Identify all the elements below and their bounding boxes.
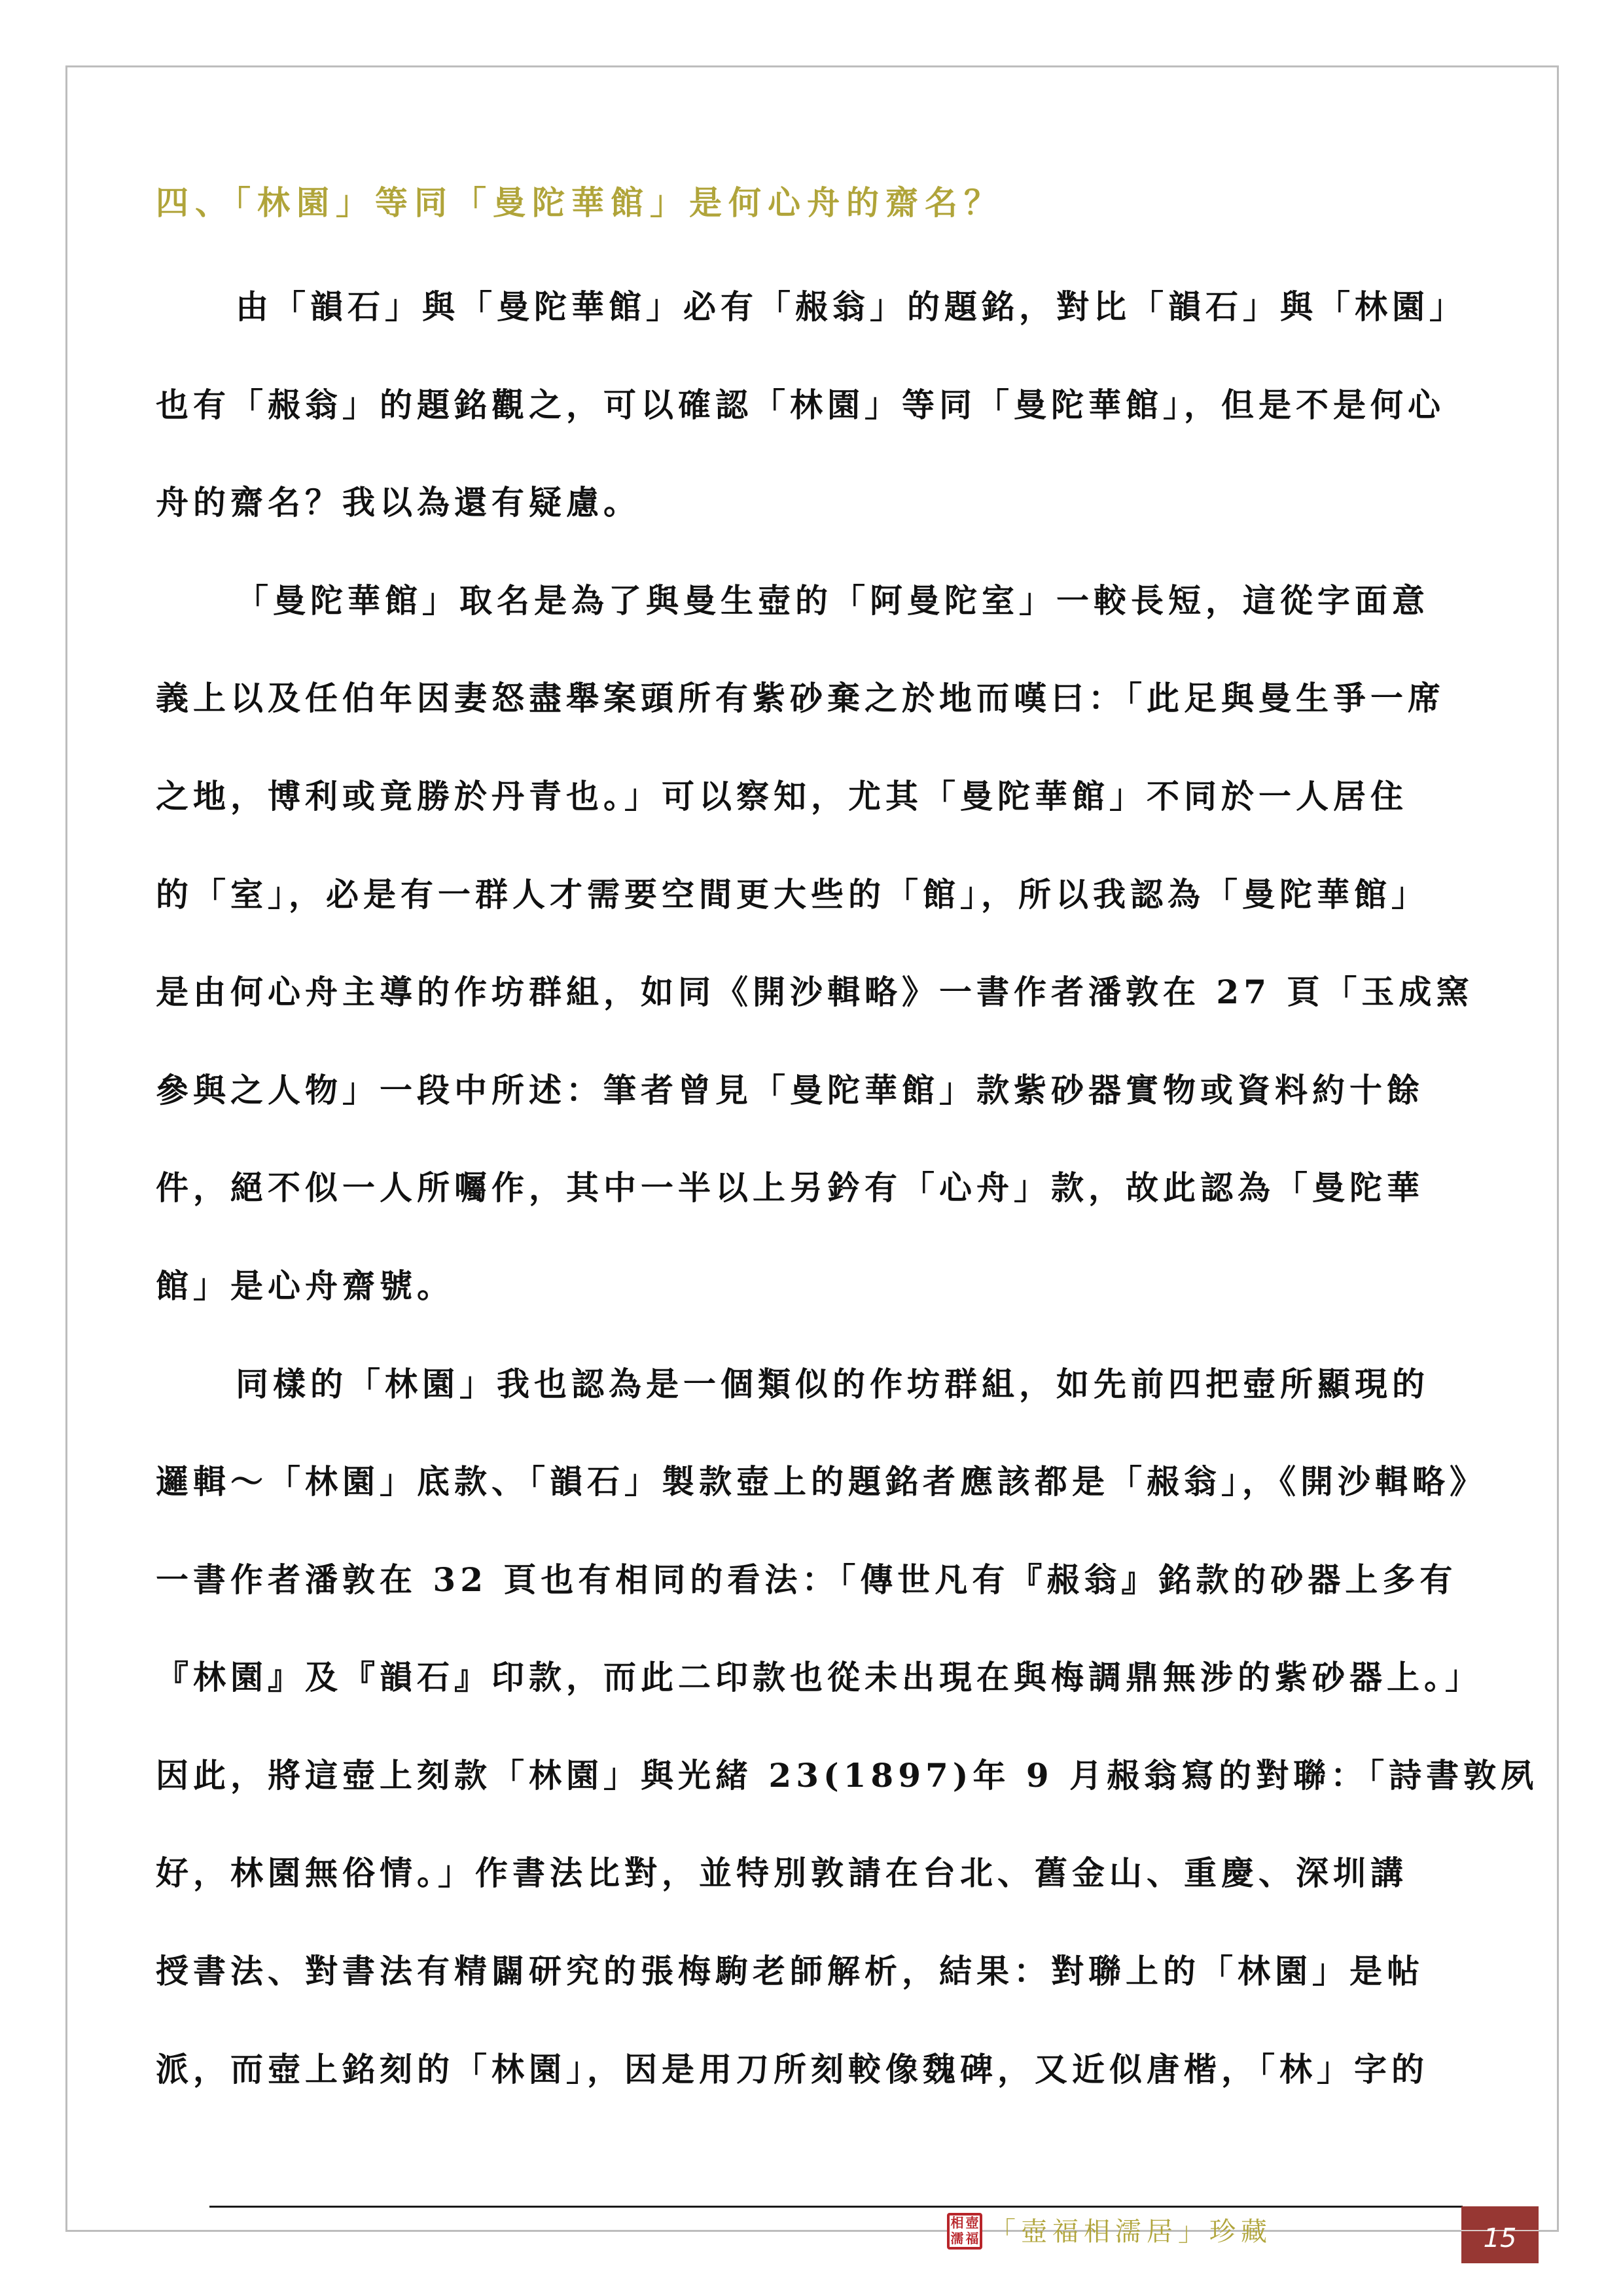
seal-char: 壺 [965,2215,980,2231]
body-line: 也有「赧翁」的題銘觀之，可以確認「林園」等同「曼陀華館」，但是不是何心 [156,384,1445,426]
body-line: 因此，將這壺上刻款「林園」與光緒 23(1897)年 9 月赧翁寫的對聯：「詩書… [156,1755,1538,1797]
body-line: 好，林園無俗情。」作書法比對，並特別敦請在台北、舊金山、重慶、深圳講 [156,1852,1408,1894]
body-line: 參與之人物」一段中所述：筆者曾見「曼陀華館」款紫砂器實物或資料約十餘 [156,1069,1424,1111]
body-line: 同樣的「林園」我也認為是一個類似的作坊群組，如先前四把壺所顯現的 [236,1363,1429,1405]
seal-char: 福 [965,2231,980,2247]
seal-char: 相 [950,2215,965,2231]
body-line: 館」是心舟齋號。 [156,1265,454,1307]
body-line: 「曼陀華館」取名是為了與曼生壺的「阿曼陀室」一較長短，這從字面意 [236,580,1429,622]
body-line: 由「韻石」與「曼陀華館」必有「赧翁」的題銘，對比「韻石」與「林園」 [236,286,1467,328]
body-line: 『林園』及『韻石』印款，而此二印款也從未出現在與梅調鼎無涉的紫砂器上。」 [156,1657,1482,1698]
body-line: 舟的齋名？我以為還有疑慮。 [156,482,641,524]
seal-char: 濡 [950,2231,965,2247]
seal-stamp-icon: 相 壺 濡 福 [947,2213,982,2250]
footer-brand: 「壺福相濡居」珍藏 [990,2214,1272,2250]
section-title: 四、「林園」等同「曼陀華館」是何心舟的齋名？ [156,182,1003,224]
body-line: 一書作者潘敦在 32 頁也有相同的看法：「傳世凡有『赧翁』銘款的砂器上多有 [156,1559,1457,1601]
body-line: 授書法、對書法有精闢研究的張梅駒老師解析，結果：對聯上的「林園」是帖 [156,1950,1424,1992]
page-number-box: 15 [1461,2206,1539,2263]
footer-rule [209,2206,1463,2208]
body-line: 派，而壺上銘刻的「林園」，因是用刀所刻較像魏碑，又近似唐楷，「林」字的 [156,2049,1429,2090]
body-line: 義上以及任伯年因妻怒盡舉案頭所有紫砂棄之於地而嘆曰：「此足與曼生爭一席 [156,677,1445,719]
body-line: 件，絕不似一人所囑作，其中一半以上另鈐有「心舟」款，故此認為「曼陀華 [156,1167,1424,1209]
body-line: 是由何心舟主導的作坊群組，如同《開沙輯略》一書作者潘敦在 27 頁「玉成窯 [156,971,1473,1013]
page-number: 15 [1484,2223,1517,2253]
body-line: 的「室」，必是有一群人才需要空間更大些的「館」，所以我認為「曼陀華館」 [156,874,1429,916]
body-line: 之地，博利或竟勝於丹青也。」可以察知，尤其「曼陀華館」不同於一人居住 [156,776,1408,817]
body-line: 邏輯～「林園」底款、「韻石」製款壺上的題銘者應該都是「赧翁」，《開沙輯略》 [156,1461,1487,1503]
